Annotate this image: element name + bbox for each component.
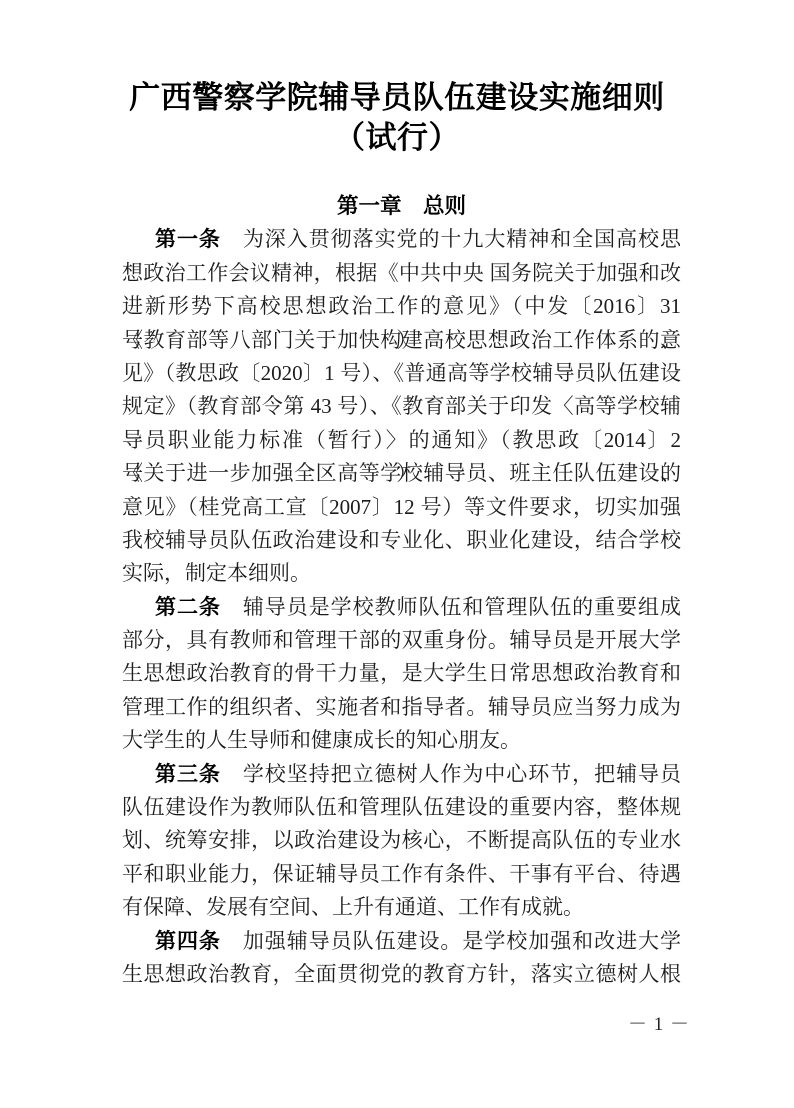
text-line: 平和职业能力，保证辅导员工作有条件、干事有平台、待遇 (122, 858, 681, 891)
article-label: 第三条 (155, 763, 243, 786)
article-label: 第二条 (155, 596, 243, 619)
text-line: 《教育部等八部门关于加快构建高校思想政治工作体系的意 (122, 324, 681, 357)
text-line: 生思想政治教育，全面贯彻党的教育方针，落实立德树人根 (122, 958, 681, 991)
text-line: 第二条 辅导员是学校教师队伍和管理队伍的重要组成 (122, 591, 681, 624)
text-line: 有保障、发展有空间、上升有通道、工作有成就。 (122, 891, 681, 924)
document-title: 广西警察学院辅导员队伍建设实施细则 （试行） (0, 78, 794, 158)
page-number: － 1 － (628, 1012, 690, 1038)
text-line: 队伍建设作为教师队伍和管理队伍建设的重要内容，整体规 (122, 791, 681, 824)
document-body: 第一章 总则 第一条 为深入贯彻落实党的十九大精神和全国高校思想政治工作会议精神… (122, 190, 681, 991)
text-line: 划、统筹安排，以政治建设为核心，不断提高队伍的专业水 (122, 824, 681, 857)
text-line: 第四条 加强辅导员队伍建设。是学校加强和改进大学 (122, 925, 681, 958)
text-line: 见》（教思政〔2020〕1 号）、《普通高等学校辅导员队伍建设 (122, 357, 681, 390)
text-line: 第三条 学校坚持把立德树人作为中心环节，把辅导员 (122, 758, 681, 791)
line-text: 为深入贯彻落实党的十九大精神和全国高校思 (243, 227, 681, 251)
text-line: 我校辅导员队伍政治建设和专业化、职业化建设，结合学校 (122, 524, 681, 557)
text-line: 管理工作的组织者、实施者和指导者。辅导员应当努力成为 (122, 691, 681, 724)
line-text: 辅导员是学校教师队伍和管理队伍的重要组成 (243, 595, 681, 619)
text-line: 规定》（教育部令第 43 号）、《教育部关于印发〈高等学校辅 (122, 390, 681, 423)
text-line: 意见》（桂党高工宣〔2007〕12 号）等文件要求，切实加强 (122, 491, 681, 524)
text-line: 大学生的人生导师和健康成长的知心朋友。 (122, 724, 681, 757)
text-line: 部分，具有教师和管理干部的双重身份。辅导员是开展大学 (122, 624, 681, 657)
text-line: 《关于进一步加强全区高等学校辅导员、班主任队伍建设的 (122, 457, 681, 490)
text-line: 进新形势下高校思想政治工作的意见》（中发〔2016〕31 号）、 (122, 290, 681, 323)
text-line: 生思想政治教育的骨干力量，是大学生日常思想政治教育和 (122, 657, 681, 690)
line-text: 加强辅导员队伍建设。是学校加强和改进大学 (243, 929, 681, 953)
text-line: 实际，制定本细则。 (122, 557, 681, 590)
title-line-1: 广西警察学院辅导员队伍建设实施细则 (0, 78, 794, 118)
chapter-heading: 第一章 总则 (122, 190, 681, 223)
text-line: 想政治工作会议精神，根据《中共中央 国务院关于加强和改 (122, 257, 681, 290)
document-page: 广西警察学院辅导员队伍建设实施细则 （试行） 第一章 总则 第一条 为深入贯彻落… (0, 0, 794, 1108)
article-label: 第一条 (155, 228, 243, 251)
paragraphs-container: 第一条 为深入贯彻落实党的十九大精神和全国高校思想政治工作会议精神，根据《中共中… (122, 223, 681, 991)
line-text: 学校坚持把立德树人作为中心环节，把辅导员 (243, 762, 681, 786)
text-line: 导员职业能力标准（暂行）〉的通知》（教思政〔2014〕2 号）、 (122, 424, 681, 457)
text-line: 第一条 为深入贯彻落实党的十九大精神和全国高校思 (122, 223, 681, 256)
title-line-2: （试行） (0, 118, 794, 158)
article-label: 第四条 (155, 930, 243, 953)
